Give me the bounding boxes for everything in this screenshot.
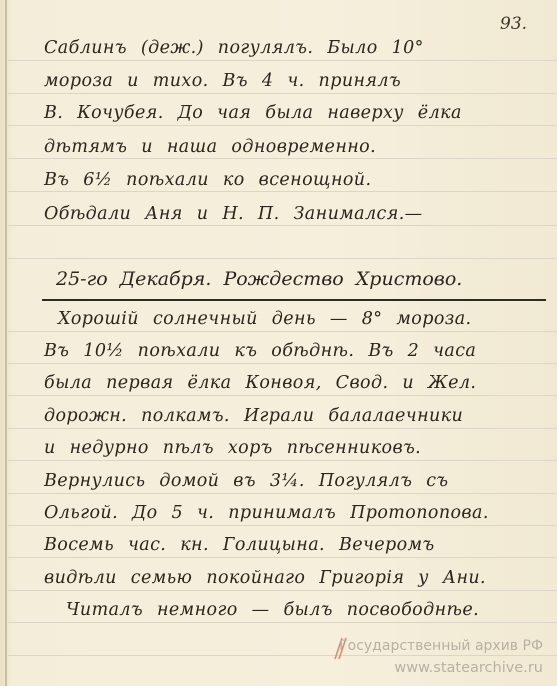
ruled-line [8,158,557,159]
ruled-line [8,225,557,226]
diary-page: 93. Саблинъ (деж.) погулялъ. Было 10° мо… [0,0,557,686]
heading-underline [42,299,546,301]
diary-line: Саблинъ (деж.) погулялъ. Было 10° [44,38,424,58]
ruled-line [8,395,557,396]
diary-line: Ольгой. До 5 ч. принималъ Протопопова. [44,503,489,523]
diary-line: Въ 6½ поѣхали ко всенощной. [44,170,371,190]
diary-line: и недурно пѣлъ хоръ пѣсенниковъ. [44,438,421,458]
archive-watermark-title: Государственный архив РФ [339,638,543,654]
ruled-line [8,428,557,429]
ruled-line [8,125,557,126]
ruled-line [8,493,557,494]
ruled-line [8,622,557,623]
diary-line: Вернулись домой въ 3¼. Погулялъ съ [44,471,449,491]
ruled-line [8,363,557,364]
diary-line: Хорошій солнечный день — 8° мороза. [58,309,472,329]
ruled-line [8,655,557,656]
ruled-line [8,525,557,526]
archive-watermark-url: www.statearchive.ru [394,660,543,676]
ruled-line [8,60,557,61]
diary-line: Обѣдали Аня и Н. П. Занимался.— [44,204,423,224]
diary-line: дорожн. полкамъ. Играли балалаечники [44,406,463,426]
ruled-line [8,258,557,259]
ruled-line [8,331,557,332]
diary-line: была первая ёлка Конвоя, Свод. и Жел. [44,373,476,393]
date-heading: 25-го Декабря. Рождество Христово. [56,268,462,290]
diary-line: видѣли семью покойнаго Григорія у Ани. [44,568,486,588]
ruled-line [8,590,557,591]
ruled-line [8,93,557,94]
diary-line: Читалъ немного — былъ посвободнѣе. [66,600,479,620]
diary-line: мороза и тихо. Въ 4 ч. принялъ [44,71,401,91]
page-number: 93. [500,14,527,34]
ruled-line [8,557,557,558]
ruled-line [8,460,557,461]
ruled-line [8,191,557,192]
diary-line: Восемь час. кн. Голицына. Вечеромъ [44,535,435,555]
diary-line: дѣтямъ и наша одновременно. [44,137,376,157]
diary-line: В. Кочубея. До чая была наверху ёлка [44,103,462,123]
diary-line: Въ 10½ поѣхали къ обѣднѣ. Въ 2 часа [44,341,476,361]
binding-edge [5,0,7,686]
